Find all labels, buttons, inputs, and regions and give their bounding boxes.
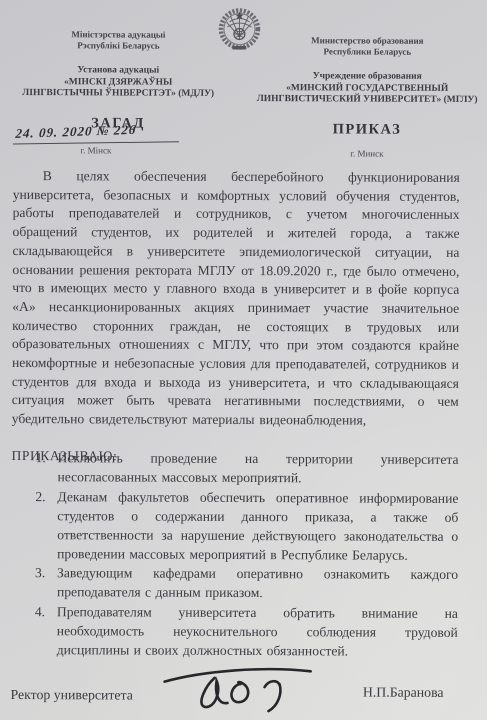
- item-number: 3.: [35, 565, 57, 603]
- institution-line: ЛИНГВИСТИЧЕСКИЙ УНИВЕРСИТЕТ» (МГЛУ): [253, 94, 481, 106]
- ministry-line: Рэспублікі Беларусь: [9, 40, 227, 52]
- directive-item: 3. Заведующим кафедрами оперативно ознак…: [35, 565, 458, 605]
- city-label-be: г. Мінск: [13, 145, 179, 156]
- directive-item: 1. Исключить проведение на территории ун…: [35, 449, 458, 489]
- institution-line: «МІНСКІ ДЗЯРЖАЎНЫ: [9, 76, 227, 88]
- item-text: Деканам факультетов обеспечить оперативн…: [57, 488, 458, 565]
- handwritten-signature-icon: [158, 654, 318, 717]
- header-left-belarusian: Міністэрства адукацыі Рэспублікі Беларус…: [9, 29, 227, 132]
- signer-name: Н.П.Баранова: [363, 685, 444, 701]
- directive-item: 2. Деканам факультетов обеспечить операт…: [35, 488, 458, 565]
- ministry-name-be: Міністэрства адукацыі Рэспублікі Беларус…: [9, 29, 227, 52]
- institution-line: «МИНСКИЙ ГОСУДАРСТВЕННЫЙ: [253, 83, 481, 95]
- ministry-line: Республики Беларусь: [253, 46, 481, 58]
- date-number-block: 24. 09. 2020 № 226 г. Мінск: [13, 126, 181, 156]
- institution-name-ru: Учреждение образования «МИНСКИЙ ГОСУДАРС…: [253, 71, 481, 106]
- item-number: 1.: [35, 449, 57, 487]
- header-right-russian: Министерство образования Республики Бела…: [253, 35, 481, 138]
- scanned-order-document: Міністэрства адукацыі Рэспублікі Беларус…: [0, 0, 487, 720]
- date-underline: [13, 141, 179, 144]
- item-number: 4.: [35, 603, 57, 660]
- document-content: Міністэрства адукацыі Рэспублікі Беларус…: [0, 0, 487, 720]
- item-number: 2.: [35, 488, 57, 564]
- item-text: Заведующим кафедрами оперативно ознакоми…: [57, 565, 458, 605]
- item-text: Исключить проведение на территории униве…: [57, 449, 458, 489]
- signature-row: Ректор университета Н.П.Баранова: [11, 687, 458, 689]
- institution-line: Установа адукацыі: [9, 65, 227, 77]
- order-word-ru: ПРИКАЗ: [253, 121, 481, 139]
- institution-line: ЛІНГВІСТЫЧНЫ ЎНІВЕРСІТЭТ» (МДЛУ): [9, 88, 227, 100]
- ministry-name-ru: Министерство образования Республики Бела…: [253, 35, 481, 58]
- preamble-paragraph: В целях обеспечения бесперебойного функц…: [12, 167, 460, 431]
- institution-line: Учреждение образования: [253, 71, 481, 83]
- signer-position: Ректор университета: [11, 687, 133, 704]
- directives-list: 1. Исключить проведение на территории ун…: [35, 449, 459, 663]
- order-body: В целях обеспечения бесперебойного функц…: [12, 167, 460, 467]
- city-label-ru: г. Минск: [253, 148, 481, 159]
- institution-name-be: Установа адукацыі «МІНСКІ ДЗЯРЖАЎНЫ ЛІНГ…: [9, 65, 227, 100]
